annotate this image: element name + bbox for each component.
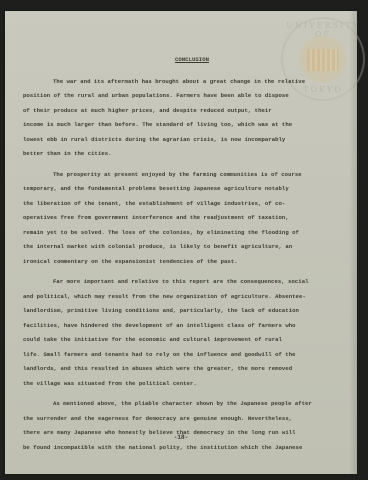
document-title: CONCLUSION [31,53,353,68]
paragraph: The war and its aftermath has brought ab… [23,75,353,162]
text-line: the liberation of the tenant, the establ… [23,197,353,212]
text-line: could take the initiative for the econom… [23,333,353,348]
text-line: landlords, and this resulted in abuses w… [23,362,353,377]
paragraphs: The war and its aftermath has brought ab… [23,75,353,456]
text-line: temporary, and the fundamental problems … [23,182,353,197]
paragraph: Far more important and relative to this … [23,275,353,391]
text-line: income is much larger than before. The s… [23,118,353,133]
text-line: operatives free from government interfer… [23,211,353,226]
text-line: the village was situated from the politi… [23,377,353,392]
text-line: remain yet to be solved. The loss of the… [23,226,353,241]
text-line: facilities, have hindered the developmen… [23,319,353,334]
paragraph: The prosperity at present enjoyed by the… [23,168,353,270]
text-line: the surrender and the eagerness for demo… [23,412,353,427]
text-line: life. Small farmers and tenants had to r… [23,348,353,363]
document-body: CONCLUSION The war and its aftermath has… [23,53,353,461]
text-line: of their produce at much higher prices, … [23,104,353,119]
text-line: landlordism, primitive living conditions… [23,304,353,319]
text-line: and political, which may result from the… [23,290,353,305]
text-line: ironical commentary on the expansionist … [23,255,353,270]
text-line: The war and its aftermath has brought ab… [23,75,353,90]
text-line: be found incompatible with the national … [23,441,353,456]
page-number: -18- [5,434,357,441]
document-page: UNIVERSITY OF TOKYO CONCLUSION The war a… [5,11,357,474]
text-line: position of the rural and urban populati… [23,89,353,104]
text-line: Far more important and relative to this … [23,275,353,290]
text-line: the internal market with colonial produc… [23,240,353,255]
text-line: The prosperity at present enjoyed by the… [23,168,353,183]
paragraph: As mentioned above, the pliable characte… [23,397,353,455]
text-line: better than in the cities. [23,147,353,162]
text-line: lowest ebb in rural districts during the… [23,133,353,148]
text-line: As mentioned above, the pliable characte… [23,397,353,412]
